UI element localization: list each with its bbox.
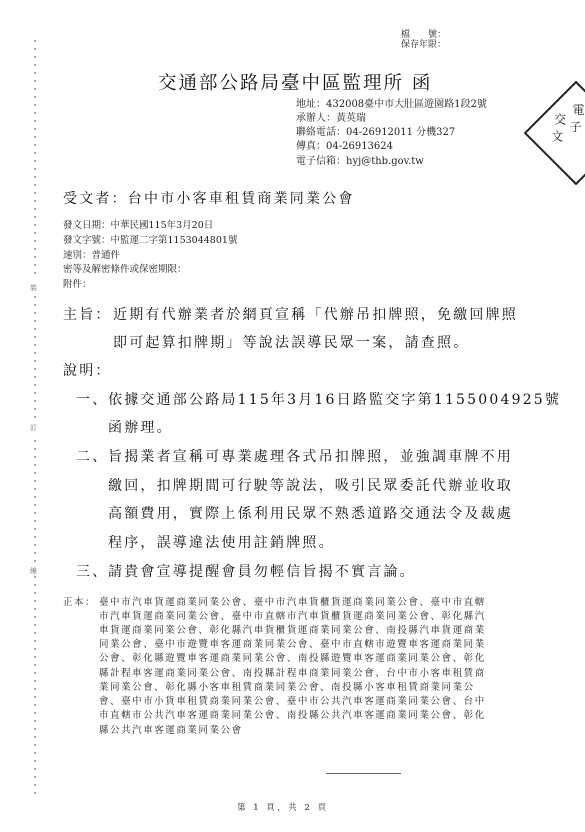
- binding-dot: [34, 152, 36, 154]
- binding-dot: [34, 384, 36, 386]
- binding-dot: [34, 608, 36, 610]
- explanation-item-number: 一、: [76, 391, 108, 409]
- binding-dot: [34, 400, 36, 402]
- binding-dot: [34, 768, 36, 770]
- binding-dot: [34, 232, 36, 234]
- binding-dot: [34, 352, 36, 354]
- binding-dot: [34, 216, 36, 218]
- secrecy-level: 密等及解密條件或保密期限：: [63, 264, 187, 276]
- binding-dot: [34, 256, 36, 258]
- binding-dot: [34, 144, 36, 146]
- binding-dot: [34, 480, 36, 482]
- explanation-item-line: 高額費用，實際上係利用民眾不熟悉道路交通法令及裁處: [108, 505, 513, 523]
- binding-dot: [34, 792, 36, 794]
- binding-label-line: 線: [30, 566, 37, 576]
- stamp-char: 交: [554, 111, 566, 128]
- binding-dot: [34, 456, 36, 458]
- binding-dot: [34, 320, 36, 322]
- subject-label: 主旨：: [63, 306, 112, 324]
- binding-dot: [34, 592, 36, 594]
- binding-dot: [34, 776, 36, 778]
- binding-dot: [34, 464, 36, 466]
- signature-divider: [326, 773, 401, 774]
- binding-dot: [34, 392, 36, 394]
- binding-dot: [34, 128, 36, 130]
- binding-dot: [34, 208, 36, 210]
- recipient: 受文者：台中市小客車租賃商業同業公會: [63, 188, 355, 208]
- binding-dot: [34, 560, 36, 562]
- copies-line: 縣公共汽車客運商業同業公會: [99, 724, 243, 739]
- binding-dot: [34, 752, 36, 754]
- subject-line: 近期有代辦業者於網頁宣稱「代辦吊扣牌照，免繳回牌照: [113, 306, 518, 324]
- binding-dot: [34, 584, 36, 586]
- binding-dot: [34, 664, 36, 666]
- explanation-label: 說明：: [63, 362, 112, 380]
- binding-dot: [34, 344, 36, 346]
- binding-dot: [34, 472, 36, 474]
- binding-dot: [34, 168, 36, 170]
- binding-dot: [34, 40, 36, 42]
- binding-dot: [34, 784, 36, 786]
- binding-dot: [34, 312, 36, 314]
- electronic-seal-stamp: 電 子 交 文 章: [524, 81, 585, 186]
- copies-line: 會、臺中市小貨車租賃商業同業公會、臺中市公共汽車客運商業同業公會、台中: [99, 695, 486, 710]
- binding-dot: [34, 192, 36, 194]
- binding-dot: [34, 544, 36, 546]
- binding-dot: [34, 624, 36, 626]
- binding-dot: [34, 688, 36, 690]
- binding-dot: [34, 376, 36, 378]
- binding-dot: [34, 616, 36, 618]
- copies-line: 業同業公會、彰化縣小客車租賃商業同業公會、南投縣小客車租賃商業同業公: [99, 681, 475, 696]
- binding-dot: [34, 112, 36, 114]
- binding-dot: [34, 184, 36, 186]
- binding-dot: [34, 512, 36, 514]
- contact-handler: 承辦人：黃英瑞: [296, 112, 366, 126]
- stamp-char: 子: [570, 118, 582, 135]
- binding-dot: [34, 488, 36, 490]
- binding-dot: [34, 80, 36, 82]
- copies-line: 臺中市汽車貨運商業同業公會、臺中市汽車貨櫃貨運商業同業公會、臺中市直轄: [99, 596, 486, 611]
- binding-dot: [34, 744, 36, 746]
- binding-dot: [34, 48, 36, 50]
- delivery-speed: 速別：普通件: [63, 250, 120, 262]
- explanation-item-number: 三、: [76, 563, 108, 581]
- binding-dot: [34, 672, 36, 674]
- stamp-char: 文: [551, 128, 563, 145]
- copies-line: 市直轄市公共汽車客運商業同業公會、南投縣公共汽車客運商業同業公會、彰化: [99, 709, 486, 724]
- binding-dot: [34, 328, 36, 330]
- binding-dot: [34, 680, 36, 682]
- binding-dot: [34, 360, 36, 362]
- copies-line: 公會、彰化縣遊覽車客運商業同業公會、南投縣遊覽車客運商業同業公會、彰化: [99, 652, 486, 667]
- document-title: 交通部公路局臺中區監理所 函: [158, 69, 432, 95]
- binding-dot: [34, 160, 36, 162]
- explanation-item-line: 旨揭業者宣稱可專業處理各式吊扣牌照，並強調車牌不用: [108, 448, 513, 466]
- explanation-item-line: 程序，誤導違法使用註銷牌照。: [108, 534, 335, 552]
- file-number-label: 檔 號：: [401, 30, 446, 40]
- copies-line: 市汽車貨運商業同業公會、臺中市直轄市汽車貨櫃貨運商業同業公會、彰化縣汽: [99, 610, 486, 625]
- explanation-item-line: 函辦理。: [108, 419, 173, 437]
- binding-dot: [34, 200, 36, 202]
- binding-dot: [34, 720, 36, 722]
- binding-dot: [34, 704, 36, 706]
- binding-dot: [34, 368, 36, 370]
- binding-label-staple: 訂: [30, 423, 37, 433]
- binding-dot: [34, 176, 36, 178]
- binding-dot: [34, 552, 36, 554]
- binding-dot: [34, 536, 36, 538]
- binding-dot: [34, 104, 36, 106]
- binding-dot: [34, 640, 36, 642]
- binding-dot: [34, 576, 36, 578]
- binding-dot: [34, 736, 36, 738]
- binding-dot: [34, 96, 36, 98]
- binding-dot: [34, 648, 36, 650]
- contact-phone: 聯絡電話：04-26912011 分機327: [296, 126, 455, 140]
- binding-dot: [34, 504, 36, 506]
- retention-period-label: 保存年限：: [401, 40, 446, 50]
- explanation-item-line: 請貴會宣導提醒會員勿輕信旨揭不實言論。: [108, 563, 416, 581]
- binding-dot: [34, 416, 36, 418]
- dispatch-number: 發文字號：中監運二字第1153044801號: [63, 235, 237, 247]
- binding-dot: [34, 496, 36, 498]
- binding-dot: [34, 440, 36, 442]
- binding-dot: [34, 88, 36, 90]
- binding-dot: [34, 136, 36, 138]
- copies-line: 同業公會、臺中市遊覽車客運商業同業公會、臺中市直轄市遊覽車客運商業同業: [99, 638, 486, 653]
- binding-dot: [34, 448, 36, 450]
- page-indicator: 第 1 頁，共 2 頁: [237, 801, 329, 813]
- explanation-item-line: 繳回，扣牌期間可行駛等說法，吸引民眾委託代辦並收取: [108, 477, 513, 495]
- binding-dot: [34, 696, 36, 698]
- binding-dot: [34, 72, 36, 74]
- binding-dot: [34, 336, 36, 338]
- binding-dot: [34, 296, 36, 298]
- binding-dot: [34, 600, 36, 602]
- binding-dot: [34, 120, 36, 122]
- binding-dot: [34, 728, 36, 730]
- binding-dot: [34, 632, 36, 634]
- explanation-item-number: 二、: [76, 448, 108, 466]
- binding-dot: [34, 520, 36, 522]
- contact-email: 電子信箱：hyj@thb.gov.tw: [296, 155, 424, 169]
- binding-dot: [34, 64, 36, 66]
- binding-dot: [34, 248, 36, 250]
- contact-fax: 傳真：04-26913624: [296, 140, 393, 154]
- binding-dot: [34, 240, 36, 242]
- binding-label-bind: 裝: [30, 283, 37, 293]
- binding-dot: [34, 408, 36, 410]
- copies-line: 車貨運商業同業公會、彰化縣汽車貨櫃貨運商業同業公會、南投縣汽車貨運商業: [99, 624, 486, 639]
- binding-dotted-line: [33, 40, 37, 800]
- attachments: 附件：: [63, 279, 92, 291]
- subject-line: 即可起算扣牌期」等說法誤導民眾一案，請查照。: [113, 334, 469, 352]
- contact-address: 地址：432008臺中市大肚區遊園路1段2號: [296, 98, 487, 112]
- binding-dot: [34, 528, 36, 530]
- explanation-item-line: 依據交通部公路局115年3月16日路監交字第1155004925號: [108, 391, 561, 409]
- stamp-char: 電: [572, 101, 584, 118]
- binding-dot: [34, 656, 36, 658]
- binding-dot: [34, 264, 36, 266]
- copies-label: 正本：: [63, 596, 96, 611]
- binding-dot: [34, 712, 36, 714]
- dispatch-date: 發文日期：中華民國115年3月20日: [63, 220, 213, 232]
- binding-dot: [34, 272, 36, 274]
- binding-dot: [34, 304, 36, 306]
- binding-dot: [34, 760, 36, 762]
- binding-dot: [34, 224, 36, 226]
- binding-dot: [34, 56, 36, 58]
- copies-line: 縣計程車客運商業同業公會、南投縣計程車商業同業公會、台中市小客車租賃商: [99, 667, 486, 682]
